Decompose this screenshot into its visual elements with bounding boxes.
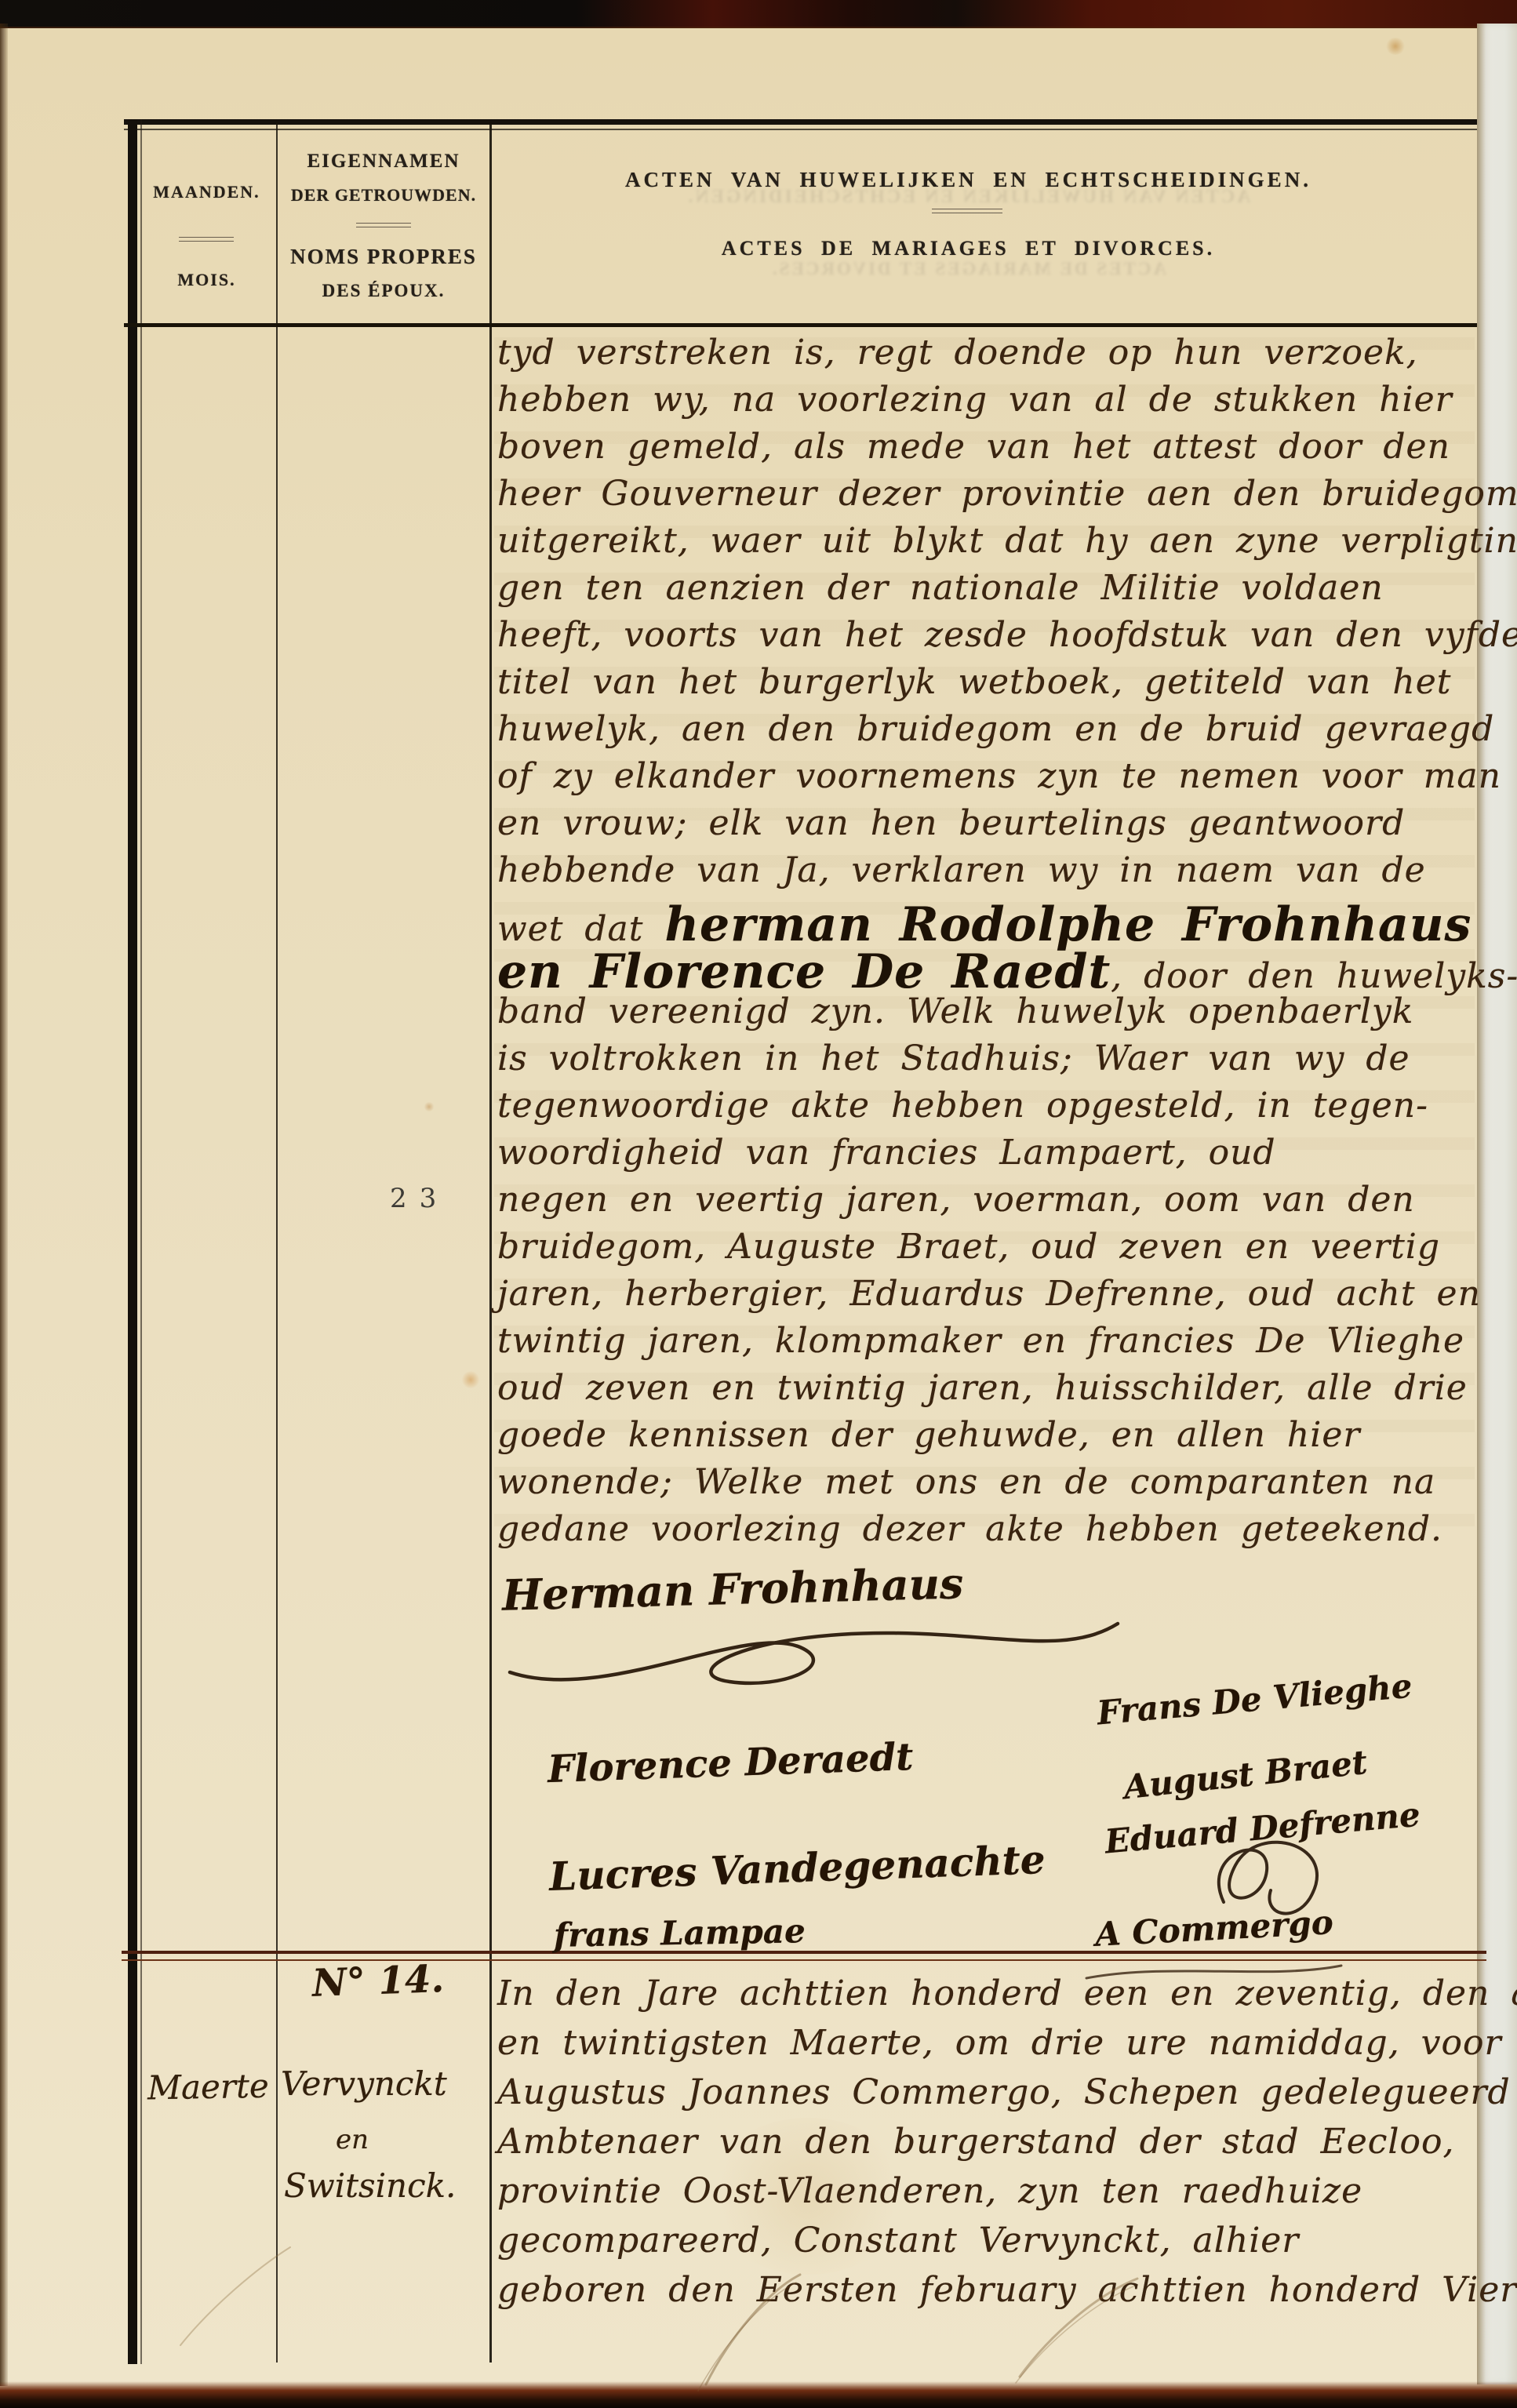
handwritten-line: negen en veertig jaren, voerman, oom van… bbox=[497, 1180, 1482, 1227]
column-header-names-fr-line2: DES ÉPOUX. bbox=[278, 281, 489, 301]
act-divider-rule bbox=[122, 1951, 1486, 1954]
binding-top-edge bbox=[0, 0, 1517, 28]
handwritten-line: heer Gouverneur dezer provintie aen den … bbox=[497, 474, 1482, 521]
handwritten-line: tegenwoordige akte hebben opgesteld, in … bbox=[497, 1086, 1482, 1133]
handwritten-line: woordigheid van francies Lampaert, oud bbox=[497, 1133, 1482, 1180]
column-header-month-nl: MAANDEN. bbox=[137, 182, 276, 202]
header-bottom-border bbox=[124, 323, 1477, 327]
table-top-border bbox=[124, 119, 1477, 125]
header-separator-rule bbox=[179, 237, 234, 242]
handwritten-line: hebben wy, na voorlezing van al de stukk… bbox=[497, 380, 1482, 427]
faint-pen-strokes bbox=[471, 2259, 1216, 2400]
handwritten-line: heeft, voorts van het zesde hoofdstuk va… bbox=[497, 615, 1482, 662]
handwritten-line: jaren, herbergier, Eduardus Defrenne, ou… bbox=[497, 1274, 1482, 1321]
handwritten-line: provintie Oost-Vlaenderen, zyn ten raedh… bbox=[497, 2171, 1482, 2221]
column-header-month-fr: MOIS. bbox=[137, 270, 276, 290]
handwritten-line: band vereenigd zyn. Welk huwelyk openbae… bbox=[497, 991, 1482, 1038]
verso-ghost-text: ACTES DE MARIAGES ET DIVORCES. bbox=[492, 259, 1445, 279]
handwritten-line: oud zeven en twintig jaren, huisschilder… bbox=[497, 1368, 1482, 1415]
act2-groom-surname: Vervynckt bbox=[281, 2064, 447, 2103]
handwritten-line: Ambtenaer van den burgerstand der stad E… bbox=[497, 2122, 1482, 2171]
act2-names-joiner: en bbox=[336, 2124, 369, 2155]
handwritten-line: en vrouw; elk van hen beurtelings geantw… bbox=[497, 803, 1482, 850]
handwritten-line: goede kennissen der gehuwde, en allen hi… bbox=[497, 1415, 1482, 1462]
act1-handwritten-text: tyd verstreken is, regt doende op hun ve… bbox=[497, 333, 1482, 1556]
page-left-edge-shadow bbox=[0, 24, 8, 2386]
act-margin-number: 23 bbox=[390, 1183, 449, 1214]
handwritten-line: gedane voorlezing dezer akte hebben gete… bbox=[497, 1509, 1482, 1556]
handwritten-line: twintig jaren, klompmaker en francies De… bbox=[497, 1321, 1482, 1368]
signature-witness-lampaert: frans Lampae bbox=[554, 1911, 806, 1955]
table-left-border bbox=[128, 119, 137, 2364]
handwritten-line: In den Jare achttien honderd een en zeve… bbox=[497, 1973, 1482, 2023]
handwritten-line: is voltrokken in het Stadhuis; Waer van … bbox=[497, 1038, 1482, 1086]
header-separator-rule bbox=[932, 209, 1002, 213]
handwritten-line: tyd verstreken is, regt doende op hun ve… bbox=[497, 333, 1482, 380]
column-header-names-nl-line1: EIGENNAMEN bbox=[278, 151, 489, 173]
handwritten-line: titel van het burgerlyk wetboek, getitel… bbox=[497, 662, 1482, 709]
handwritten-line: hebbende van Ja, verklaren wy in naem va… bbox=[497, 850, 1482, 897]
act2-number: N° 14. bbox=[311, 1957, 445, 2006]
handwritten-line: wonende; Welke met ons en de comparanten… bbox=[497, 1462, 1482, 1509]
column-header-names-fr-line1: NOMS PROPRES bbox=[278, 245, 489, 269]
handwritten-line: gen ten aenzien der nationale Militie vo… bbox=[497, 568, 1482, 615]
column-header-acts-nl: ACTEN VAN HUWELIJKEN EN ECHTSCHEIDINGEN. bbox=[492, 168, 1445, 192]
handwritten-line: Augustus Joannes Commergo, Schepen gedel… bbox=[497, 2072, 1482, 2122]
faint-pen-stroke bbox=[157, 2235, 314, 2353]
handwritten-line: of zy elkander voornemens zyn te nemen v… bbox=[497, 756, 1482, 803]
act2-month: Maerte bbox=[147, 2067, 270, 2108]
handwritten-line: en twintigsten Maerte, om drie ure namid… bbox=[497, 2023, 1482, 2072]
register-scan-page: { "header": { "col1": { "nl": "MAANDEN."… bbox=[0, 0, 1517, 2408]
handwritten-line: en Florence De Raedt, door den huwelyks- bbox=[497, 944, 1482, 991]
handwritten-line: wet dat herman Rodolphe Frohnhaus bbox=[497, 897, 1482, 944]
column-divider-names-acts bbox=[489, 122, 492, 2363]
handwritten-line: boven gemeld, als mede van het attest do… bbox=[497, 427, 1482, 474]
act2-bride-surname: Switsinck. bbox=[284, 2166, 456, 2205]
handwritten-line: bruidegom, Auguste Braet, oud zeven en v… bbox=[497, 1227, 1482, 1274]
column-divider-month-names bbox=[276, 122, 278, 2363]
header-separator-rule bbox=[356, 223, 411, 227]
column-header-names-nl-line2: DER GETROUWDEN. bbox=[278, 185, 489, 206]
table-left-border-thin bbox=[140, 119, 142, 2364]
handwritten-line: huwelyk, aen den bruidegom en de bruid g… bbox=[497, 709, 1482, 756]
signature-flourish bbox=[486, 1610, 1137, 1704]
table-top-border-thin bbox=[124, 129, 1477, 130]
handwritten-line: uitgereikt, waer uit blykt dat hy aen zy… bbox=[497, 521, 1482, 568]
column-header-acts-fr: ACTES DE MARIAGES ET DIVORCES. bbox=[492, 237, 1445, 260]
